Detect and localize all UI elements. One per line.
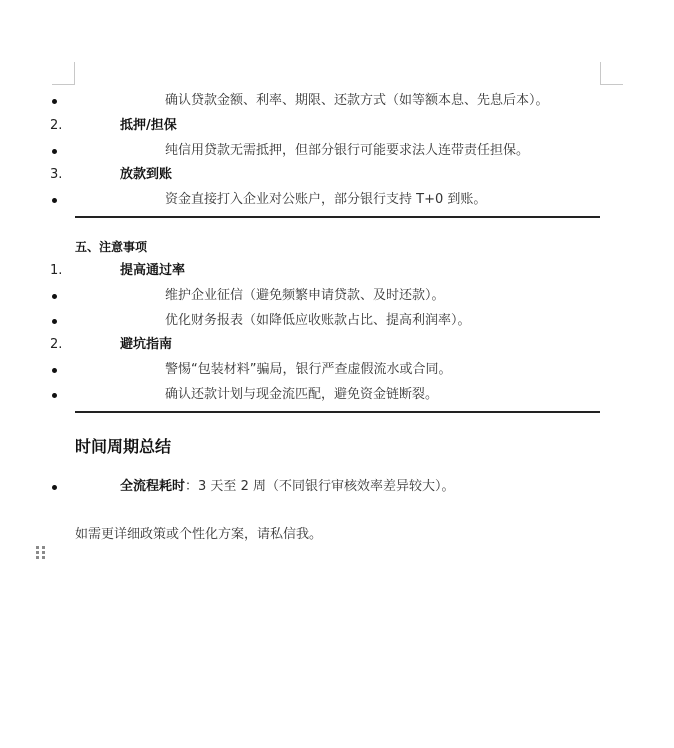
list-number: 1. (50, 261, 62, 281)
list-item-text: 优化财务报表（如降低应收账款占比、提高利润率）。 (165, 311, 471, 331)
closing-paragraph: 如需更详细政策或个性化方案，请私信我。 (75, 525, 322, 545)
page-corner-top-left (52, 62, 75, 85)
list-item: 维护企业征信（避免频繁申请贷款、及时还款）。 (0, 286, 674, 306)
horizontal-rule (75, 216, 600, 218)
list-item: 纯信用贷款无需抵押，但部分银行可能要求法人连带责任担保。 (0, 141, 674, 161)
section-title: 五、注意事项 (75, 238, 147, 256)
bullet-icon (52, 294, 57, 299)
list-item-numbered: 2. 避坑指南 (0, 335, 674, 355)
list-item: 全流程耗时：3 天至 2 周（不同银行审核效率差异较大）。 (0, 477, 674, 497)
list-item-heading: 放款到账 (120, 165, 172, 185)
horizontal-rule (75, 411, 600, 413)
list-item-text: 确认还款计划与现金流匹配，避免资金链断裂。 (165, 385, 438, 405)
bullet-icon (52, 485, 57, 490)
list-item: 优化财务报表（如降低应收账款占比、提高利润率）。 (0, 311, 674, 331)
list-item-heading: 抵押/担保 (120, 116, 177, 136)
list-item: 警惕“包装材料”骗局，银行严查虚假流水或合同。 (0, 360, 674, 380)
list-number: 2. (50, 116, 62, 136)
summary-text: 3 天至 2 周（不同银行审核效率差异较大）。 (198, 479, 454, 494)
bullet-icon (52, 149, 57, 154)
list-item-text: 确认贷款金额、利率、期限、还款方式（如等额本息、先息后本）。 (165, 91, 549, 111)
bullet-icon (52, 198, 57, 203)
summary-heading: 时间周期总结 (75, 436, 171, 458)
list-item-numbered: 3. 放款到账 (0, 165, 674, 185)
list-item-heading: 提高通过率 (120, 261, 185, 281)
list-number: 2. (50, 335, 62, 355)
bullet-icon (52, 99, 57, 104)
bullet-icon (52, 393, 57, 398)
list-item-heading: 避坑指南 (120, 335, 172, 355)
list-item-text: 纯信用贷款无需抵押，但部分银行可能要求法人连带责任担保。 (165, 141, 529, 161)
summary-label: 全流程耗时 (120, 479, 185, 494)
list-item-text: 警惕“包装材料”骗局，银行严查虚假流水或合同。 (165, 360, 451, 380)
list-item-numbered: 2. 抵押/担保 (0, 116, 674, 136)
bullet-icon (52, 368, 57, 373)
summary-item: 全流程耗时：3 天至 2 周（不同银行审核效率差异较大）。 (120, 477, 454, 497)
summary-separator: ： (185, 479, 198, 494)
list-item: 确认还款计划与现金流匹配，避免资金链断裂。 (0, 385, 674, 405)
list-item-numbered: 1. 提高通过率 (0, 261, 674, 281)
bullet-icon (52, 319, 57, 324)
list-item-text: 维护企业征信（避免频繁申请贷款、及时还款）。 (165, 286, 445, 306)
page-corner-top-right (600, 62, 623, 85)
list-number: 3. (50, 165, 62, 185)
list-item-text: 资金直接打入企业对公账户，部分银行支持 T+0 到账。 (165, 190, 486, 210)
list-item: 资金直接打入企业对公账户，部分银行支持 T+0 到账。 (0, 190, 674, 210)
drag-handle-icon[interactable] (36, 546, 46, 560)
list-item: 确认贷款金额、利率、期限、还款方式（如等额本息、先息后本）。 (0, 91, 674, 111)
